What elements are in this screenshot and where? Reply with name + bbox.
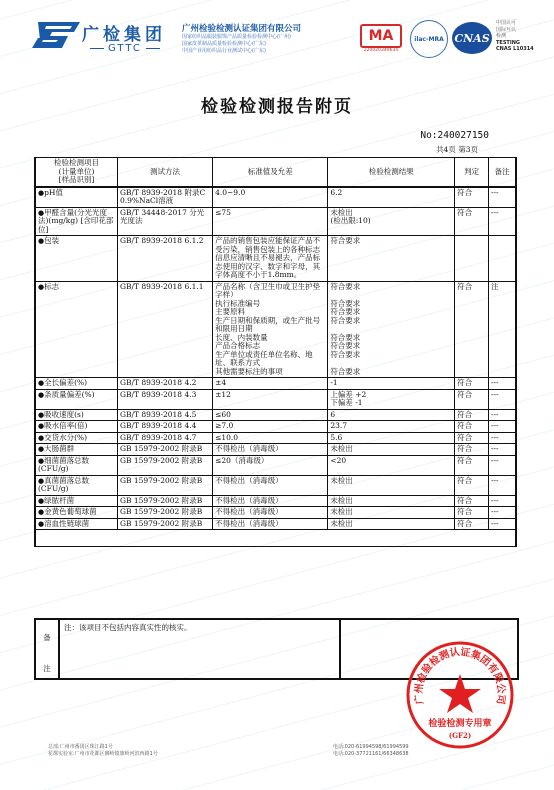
cell-item: 金黄色葡萄球菌	[35, 507, 117, 519]
cell-item-text: pH值	[44, 188, 63, 197]
cell-result-line: 未检出	[330, 477, 452, 486]
cell-standard: 不得检出（消毒级）	[213, 507, 328, 519]
cell-result-line: 符合要求	[330, 351, 452, 360]
cell-judgment: 符合	[455, 518, 489, 530]
cell-method: GB/T 8939-2018 附录C 0.9%NaCl溶液	[117, 187, 212, 208]
cell-method: GB/T 8939-2018 4.4	[117, 421, 212, 433]
cell-judgment: 符合	[455, 421, 489, 433]
cell-remark-text: 注	[491, 282, 499, 291]
cell-result-line: 6	[330, 411, 452, 420]
cell-judgment: 符合	[455, 455, 489, 475]
cell-remark-text: ---	[491, 208, 499, 217]
cell-item: 条质量偏差(%)	[35, 389, 117, 409]
cma-mark-icon: MA	[360, 24, 402, 48]
cell-judgment: 符合	[455, 207, 489, 236]
cell-remark-text: ---	[491, 444, 499, 453]
cell-judgment-text: 符合	[457, 208, 472, 217]
cell-judgment: 符合	[455, 432, 489, 444]
cell-standard: ≤75	[213, 207, 328, 236]
cell-item: 吸水倍率(倍)	[35, 421, 117, 433]
header-remark: 备注	[488, 158, 516, 187]
header-item: 检验检测项目 (计量单位) [样品识别]	[35, 158, 117, 187]
cell-method: GB 15979-2002 附录B	[117, 507, 212, 519]
cell-judgment: 符合	[455, 409, 489, 421]
brand-name-cn: 广检集团	[82, 20, 166, 45]
header-item-line: [样品识别]	[38, 176, 115, 185]
cell-result-line: 未检出	[330, 508, 452, 517]
remarks-box: 备 注 注：该项目不包括内容真实性的核实。	[34, 618, 341, 680]
cell-method: GB/T 34448-2017 分光光度法	[117, 207, 212, 236]
cell-judgment-text: 符合	[457, 410, 472, 419]
cell-result: -1	[328, 378, 455, 390]
table-row: 吸水倍率(倍)GB/T 8939-2018 4.4≥7.023.7符合---	[35, 421, 516, 433]
cell-standard-text: ≤10.0	[215, 433, 238, 442]
cell-remark-text: ---	[491, 507, 499, 516]
cell-remark: ---	[488, 444, 516, 456]
cell-remark: ---	[488, 389, 516, 409]
cell-standard: ≤60	[213, 409, 328, 421]
cell-remark-text: ---	[491, 519, 499, 528]
cell-item: 真菌菌落总数(CFU/g)	[35, 475, 117, 495]
cell-result-line: 符合要求	[330, 237, 452, 246]
cell-standard-text: ±12	[215, 390, 231, 399]
cell-method-text: GB 15979-2002 附录B	[120, 519, 202, 528]
cell-standard-line: 生产单位或责任单位名称、地址、联系方式	[215, 351, 325, 368]
cell-standard-line: 生产日期和保质期，或生产批号和限用日期	[215, 317, 325, 334]
cell-judgment-text: 符合	[457, 476, 472, 485]
table-row: pH值GB/T 8939-2018 附录C 0.9%NaCl溶液4.0~9.06…	[35, 187, 516, 208]
remarks-label: 备 注	[36, 620, 60, 678]
cell-method-text: GB 15979-2002 附录B	[120, 444, 202, 453]
cell-method-text: GB/T 8939-2018 6.1.1	[120, 282, 204, 291]
cell-item-text: 大肠菌群	[44, 444, 74, 453]
table-row: 甲醛含量(分光光度法)(mg/kg) [含印花部位]GB/T 34448-201…	[35, 207, 516, 236]
cell-result: 5.6	[328, 432, 455, 444]
cell-judgment-text: 符合	[457, 444, 472, 453]
header-result: 检验检测结果	[328, 158, 455, 187]
page-info: 共4页 第3页	[436, 144, 478, 155]
cell-item-text: 全长偏差(%)	[44, 378, 87, 387]
cell-standard-text: 4.0~9.0	[215, 188, 245, 197]
cell-result: 未检出	[328, 475, 455, 495]
table-header-row: 检验检测项目 (计量单位) [样品识别] 测试方法 标准值及允差 检验检测结果 …	[35, 158, 516, 187]
cell-method: GB 15979-2002 附录B	[117, 518, 212, 530]
cell-standard-text: 不得检出（消毒级）	[215, 496, 283, 505]
cell-remark: ---	[488, 475, 516, 495]
cell-item: 绿脓杆菌	[35, 495, 117, 507]
cell-result-line: 23.7	[330, 422, 452, 431]
cell-remark: ---	[488, 432, 516, 444]
table-row: 全长偏差(%)GB/T 8939-2018 4.2±4-1符合---	[35, 378, 516, 390]
lab-phone: 电话:020-37721161/66348638	[333, 751, 409, 758]
cell-remark-text: ---	[491, 476, 499, 485]
cell-standard-text: 产品的销售包装应能保证产品不受污染，销售包装上的各种标志信息应清晰且不易褪去，产…	[215, 236, 320, 279]
cell-judgment: 符合	[455, 495, 489, 507]
cell-judgment-text: 符合	[457, 390, 472, 399]
cell-standard: ±12	[213, 389, 328, 409]
cell-item: pH值	[35, 187, 117, 208]
cell-result: 符合要求 符合要求符合要求符合要求 符合要求符合要求符合要求 符合要求	[328, 281, 455, 378]
cell-method-text: GB 15979-2002 附录B	[120, 496, 202, 505]
cell-item: 包装	[35, 236, 117, 282]
cell-method-text: GB 15979-2002 附录B	[120, 456, 202, 465]
table-row: 溶血性链球菌GB 15979-2002 附录B不得检出（消毒级）未检出符合---	[35, 518, 516, 530]
hq-phone: 电话:020-61994598/61994599	[333, 744, 409, 751]
header-judgment: 判定	[455, 158, 489, 187]
cell-result-line: 未检出	[330, 497, 452, 506]
cell-method-text: GB/T 8939-2018 4.4	[120, 421, 196, 430]
cell-item: 大肠菌群	[35, 444, 117, 456]
cell-remark: ---	[488, 378, 516, 390]
cell-judgment: 符合	[455, 187, 489, 208]
cma-number: 220020349634	[360, 48, 402, 53]
cell-item-text: 金黄色葡萄球菌	[44, 507, 97, 516]
cell-standard-text: ≤75	[215, 208, 231, 217]
table-row: 金黄色葡萄球菌GB 15979-2002 附录B不得检出（消毒级）未检出符合--…	[35, 507, 516, 519]
cell-result: 上偏差 +2下偏差 -1	[328, 389, 455, 409]
table-row: 细菌菌落总数(CFU/g)GB 15979-2002 附录B≤20（消毒级）<2…	[35, 455, 516, 475]
cell-method-text: GB/T 8939-2018 4.5	[120, 410, 196, 419]
cell-remark-text: ---	[491, 390, 499, 399]
cell-item-text: 交货水分(%)	[44, 433, 87, 442]
gttc-logo-icon	[32, 22, 80, 48]
cell-judgment	[455, 236, 489, 282]
cma-cert-logo: MA 220020349634	[360, 24, 402, 52]
cell-judgment: 符合	[455, 281, 489, 378]
cell-method: GB/T 8939-2018 6.1.2	[117, 236, 212, 282]
cell-result-line: 5.6	[330, 434, 452, 443]
cell-remark: ---	[488, 495, 516, 507]
cell-result-line: 6.2	[330, 189, 452, 198]
cell-result-line: <20	[330, 457, 452, 466]
cell-method: GB/T 8939-2018 4.5	[117, 409, 212, 421]
cell-result: <20	[328, 455, 455, 475]
cell-result-line: 未检出	[330, 520, 452, 529]
cell-judgment-text: 符合	[457, 188, 472, 197]
cell-result-line: 未检出	[330, 445, 452, 454]
cnas-cert-text: 中国认可 国际互认 检测 TESTING CNAS L10314	[496, 20, 534, 53]
cell-method: GB 15979-2002 附录B	[117, 444, 212, 456]
cell-standard-text: ≥7.0	[215, 421, 233, 430]
cell-method: GB/T 8939-2018 4.3	[117, 389, 212, 409]
cell-judgment-text: 符合	[457, 421, 472, 430]
cell-item-text: 标志	[44, 282, 59, 291]
remarks-label-bottom: 注	[43, 663, 51, 674]
cell-judgment-text: 符合	[457, 433, 472, 442]
cell-result: 23.7	[328, 421, 455, 433]
cell-result: 未检出	[328, 495, 455, 507]
cell-judgment-text: 符合	[457, 519, 472, 528]
cell-remark: ---	[488, 518, 516, 530]
cell-judgment: 符合	[455, 475, 489, 495]
lab-address: 花都实验室:广州市花都区狮岭镇旗岭河滨西路1号	[48, 751, 333, 758]
cell-standard-text: 不得检出（消毒级）	[215, 476, 283, 485]
cell-remark	[488, 236, 516, 282]
footer: 总部:广州市番禺区珠江路1号 电话:020-61994598/61994599 …	[48, 744, 518, 758]
cell-item: 溶血性链球菌	[35, 518, 117, 530]
cell-result: 6.2	[328, 187, 455, 208]
cell-result-line: 下偏差 -1	[330, 399, 452, 408]
cell-method: GB 15979-2002 附录B	[117, 455, 212, 475]
cell-method-text: GB/T 8939-2018 6.1.2	[120, 236, 204, 245]
cell-standard: ≤20（消毒级）	[213, 455, 328, 475]
cell-result: 符合要求	[328, 236, 455, 282]
header-standard: 标准值及允差	[213, 158, 328, 187]
cell-method: GB/T 8939-2018 4.7	[117, 432, 212, 444]
cell-item-text: 包装	[44, 236, 59, 245]
cell-remark: ---	[488, 455, 516, 475]
official-seal-icon: 广州检验检测认证集团有限公司 检验检测专用章 (GF2)	[405, 640, 515, 750]
cell-standard: 不得检出（消毒级）	[213, 518, 328, 530]
table-row: 交货水分(%)GB/T 8939-2018 4.7≤10.05.6符合---	[35, 432, 516, 444]
cell-method: GB/T 8939-2018 4.2	[117, 378, 212, 390]
cell-result-line: -1	[330, 379, 452, 388]
cell-standard: ≥7.0	[213, 421, 328, 433]
cell-result-line: 符合要求	[330, 317, 452, 326]
cell-remark: ---	[488, 507, 516, 519]
cell-item: 甲醛含量(分光光度法)(mg/kg) [含印花部位]	[35, 207, 117, 236]
cell-item: 全长偏差(%)	[35, 378, 117, 390]
cell-standard-text: ≤20（消毒级）	[215, 456, 268, 465]
cell-item: 吸收速度(s)	[35, 409, 117, 421]
cell-remark: ---	[488, 187, 516, 208]
hq-address: 总部:广州市番禺区珠江路1号	[48, 744, 333, 751]
cell-remark: ---	[488, 207, 516, 236]
cell-standard-text: 不得检出（消毒级）	[215, 507, 283, 516]
cell-method-text: GB 15979-2002 附录B	[120, 507, 202, 516]
cell-remark-text: ---	[491, 433, 499, 442]
cell-result-line: 符合要求	[330, 283, 452, 292]
cell-method: GB/T 8939-2018 6.1.1	[117, 281, 212, 378]
cell-item-text: 真菌菌落总数(CFU/g)	[38, 476, 89, 494]
cell-method-text: GB 15979-2002 附录B	[120, 476, 202, 485]
cell-result: 未检出	[328, 444, 455, 456]
cell-item-text: 绿脓杆菌	[44, 496, 74, 505]
cell-method-text: GB/T 8939-2018 4.2	[120, 378, 196, 387]
table-row: 包装GB/T 8939-2018 6.1.2产品的销售包装应能保证产品不受污染，…	[35, 236, 516, 282]
cell-standard: 产品名称（含卫生巾或卫生护垫字样）执行标准编号主要原料生产日期和保质期，或生产批…	[213, 281, 328, 378]
cell-result-line: (检出限:10)	[330, 217, 452, 226]
cell-standard: ≤10.0	[213, 432, 328, 444]
cell-item-text: 吸水倍率(倍)	[44, 421, 87, 430]
company-sub-1: 国家纺织品服装服饰产品质量检验检测中心(广州)	[182, 34, 301, 41]
cell-method-text: GB/T 8939-2018 4.3	[120, 390, 196, 399]
cell-standard: 产品的销售包装应能保证产品不受污染，销售包装上的各种标志信息应清晰且不易褪去，产…	[213, 236, 328, 282]
table-spacer	[35, 530, 516, 547]
cell-standard: 不得检出（消毒级）	[213, 444, 328, 456]
cell-method: GB 15979-2002 附录B	[117, 475, 212, 495]
cell-item: 交货水分(%)	[35, 432, 117, 444]
remarks-text: 注：该项目不包括内容真实性的核实。	[60, 620, 196, 678]
cell-standard-text: ±4	[215, 378, 226, 387]
cell-item-text: 吸收速度(s)	[44, 410, 84, 419]
cell-remark-text: ---	[491, 378, 499, 387]
cell-result: 未检出(检出限:10)	[328, 207, 455, 236]
cell-standard-text: 不得检出（消毒级）	[215, 519, 283, 528]
cnas-logo-icon: CNAS	[452, 22, 492, 54]
table-row: 绿脓杆菌GB 15979-2002 附录B不得检出（消毒级）未检出符合---	[35, 495, 516, 507]
cell-judgment: 符合	[455, 444, 489, 456]
report-number: No:240027150	[420, 130, 489, 141]
cell-method-text: GB/T 8939-2018 4.7	[120, 433, 196, 442]
cell-remark: ---	[488, 409, 516, 421]
cell-item-text: 甲醛含量(分光光度法)(mg/kg) [含印花部位]	[38, 208, 113, 234]
cell-judgment-text: 符合	[457, 378, 472, 387]
table-spacer-row	[35, 530, 516, 547]
cert-text-line: TESTING	[496, 40, 520, 46]
cell-remark: 注	[488, 281, 516, 378]
cell-judgment-text: 符合	[457, 456, 472, 465]
cell-judgment: 符合	[455, 507, 489, 519]
cell-result: 6	[328, 409, 455, 421]
cell-standard-text: 不得检出（消毒级）	[215, 444, 283, 453]
remarks-label-top: 备	[43, 632, 51, 643]
cell-judgment: 符合	[455, 378, 489, 390]
cell-standard-line: 产品名称（含卫生巾或卫生护垫字样）	[215, 283, 325, 300]
cell-item-text: 细菌菌落总数(CFU/g)	[38, 456, 89, 474]
table-row: 真菌菌落总数(CFU/g)GB 15979-2002 附录B不得检出（消毒级）未…	[35, 475, 516, 495]
cell-remark-text: ---	[491, 456, 499, 465]
cell-standard: 4.0~9.0	[213, 187, 328, 208]
cell-item-text: 溶血性链球菌	[44, 519, 89, 528]
cell-item-text: 条质量偏差(%)	[44, 390, 94, 399]
cell-remark: ---	[488, 421, 516, 433]
cell-judgment-text: 符合	[457, 507, 472, 516]
cell-method-text: GB/T 8939-2018 附录C 0.9%NaCl溶液	[120, 188, 205, 206]
cell-remark-text: ---	[491, 188, 499, 197]
header-method: 测试方法	[117, 158, 212, 187]
cell-judgment: 符合	[455, 389, 489, 409]
table-row: 吸收速度(s)GB/T 8939-2018 4.5≤606符合---	[35, 409, 516, 421]
cell-result-line: 符合要求	[330, 368, 452, 377]
company-info: 广州检验检测认证集团有限公司 国家纺织品服装服饰产品质量检验检测中心(广州) 国…	[182, 22, 301, 55]
cert-number: CNAS L10314	[496, 46, 534, 52]
cell-standard: 不得检出（消毒级）	[213, 475, 328, 495]
cell-item: 标志	[35, 281, 117, 378]
cell-item: 细菌菌落总数(CFU/g)	[35, 455, 117, 475]
cell-remark-text: ---	[491, 421, 499, 430]
company-name: 广州检验检测认证集团有限公司	[182, 22, 301, 34]
table-row: 大肠菌群GB 15979-2002 附录B不得检出（消毒级）未检出符合---	[35, 444, 516, 456]
table-row: 条质量偏差(%)GB/T 8939-2018 4.3±12上偏差 +2下偏差 -…	[35, 389, 516, 409]
cell-method-text: GB/T 34448-2017 分光光度法	[120, 208, 204, 226]
svg-text:检验检测专用章: 检验检测专用章	[428, 717, 491, 729]
page-title: 检验检测报告附页	[0, 92, 554, 117]
company-sub-2: 国家皮革制品质量检验检测中心(广东)	[182, 41, 301, 48]
letterhead: 广检集团 GTTC 广州检验检测认证集团有限公司 国家纺织品服装服饰产品质量检验…	[0, 0, 554, 62]
cell-standard-line: 其他需要标注的事项	[215, 368, 325, 377]
cell-judgment-text: 符合	[457, 282, 472, 291]
company-sub-3: 中国产业用纺织品行业测试中心(广东)	[182, 48, 301, 55]
cell-remark-text: ---	[491, 410, 499, 419]
cell-judgment-text: 符合	[457, 496, 472, 505]
cell-remark-text: ---	[491, 496, 499, 505]
svg-text:(GF2): (GF2)	[449, 731, 471, 740]
cell-standard-text: ≤60	[215, 410, 231, 419]
cell-standard: ±4	[213, 378, 328, 390]
table-row: 标志GB/T 8939-2018 6.1.1产品名称（含卫生巾或卫生护垫字样）执…	[35, 281, 516, 378]
ilac-mra-logo-icon: ilac-MRA	[410, 20, 448, 58]
cell-method: GB 15979-2002 附录B	[117, 495, 212, 507]
cell-result: 未检出	[328, 518, 455, 530]
cell-standard: 不得检出（消毒级）	[213, 495, 328, 507]
brand-name-en: GTTC	[86, 43, 164, 54]
cell-result: 未检出	[328, 507, 455, 519]
results-table: 检验检测项目 (计量单位) [样品识别] 测试方法 标准值及允差 检验检测结果 …	[34, 157, 517, 547]
